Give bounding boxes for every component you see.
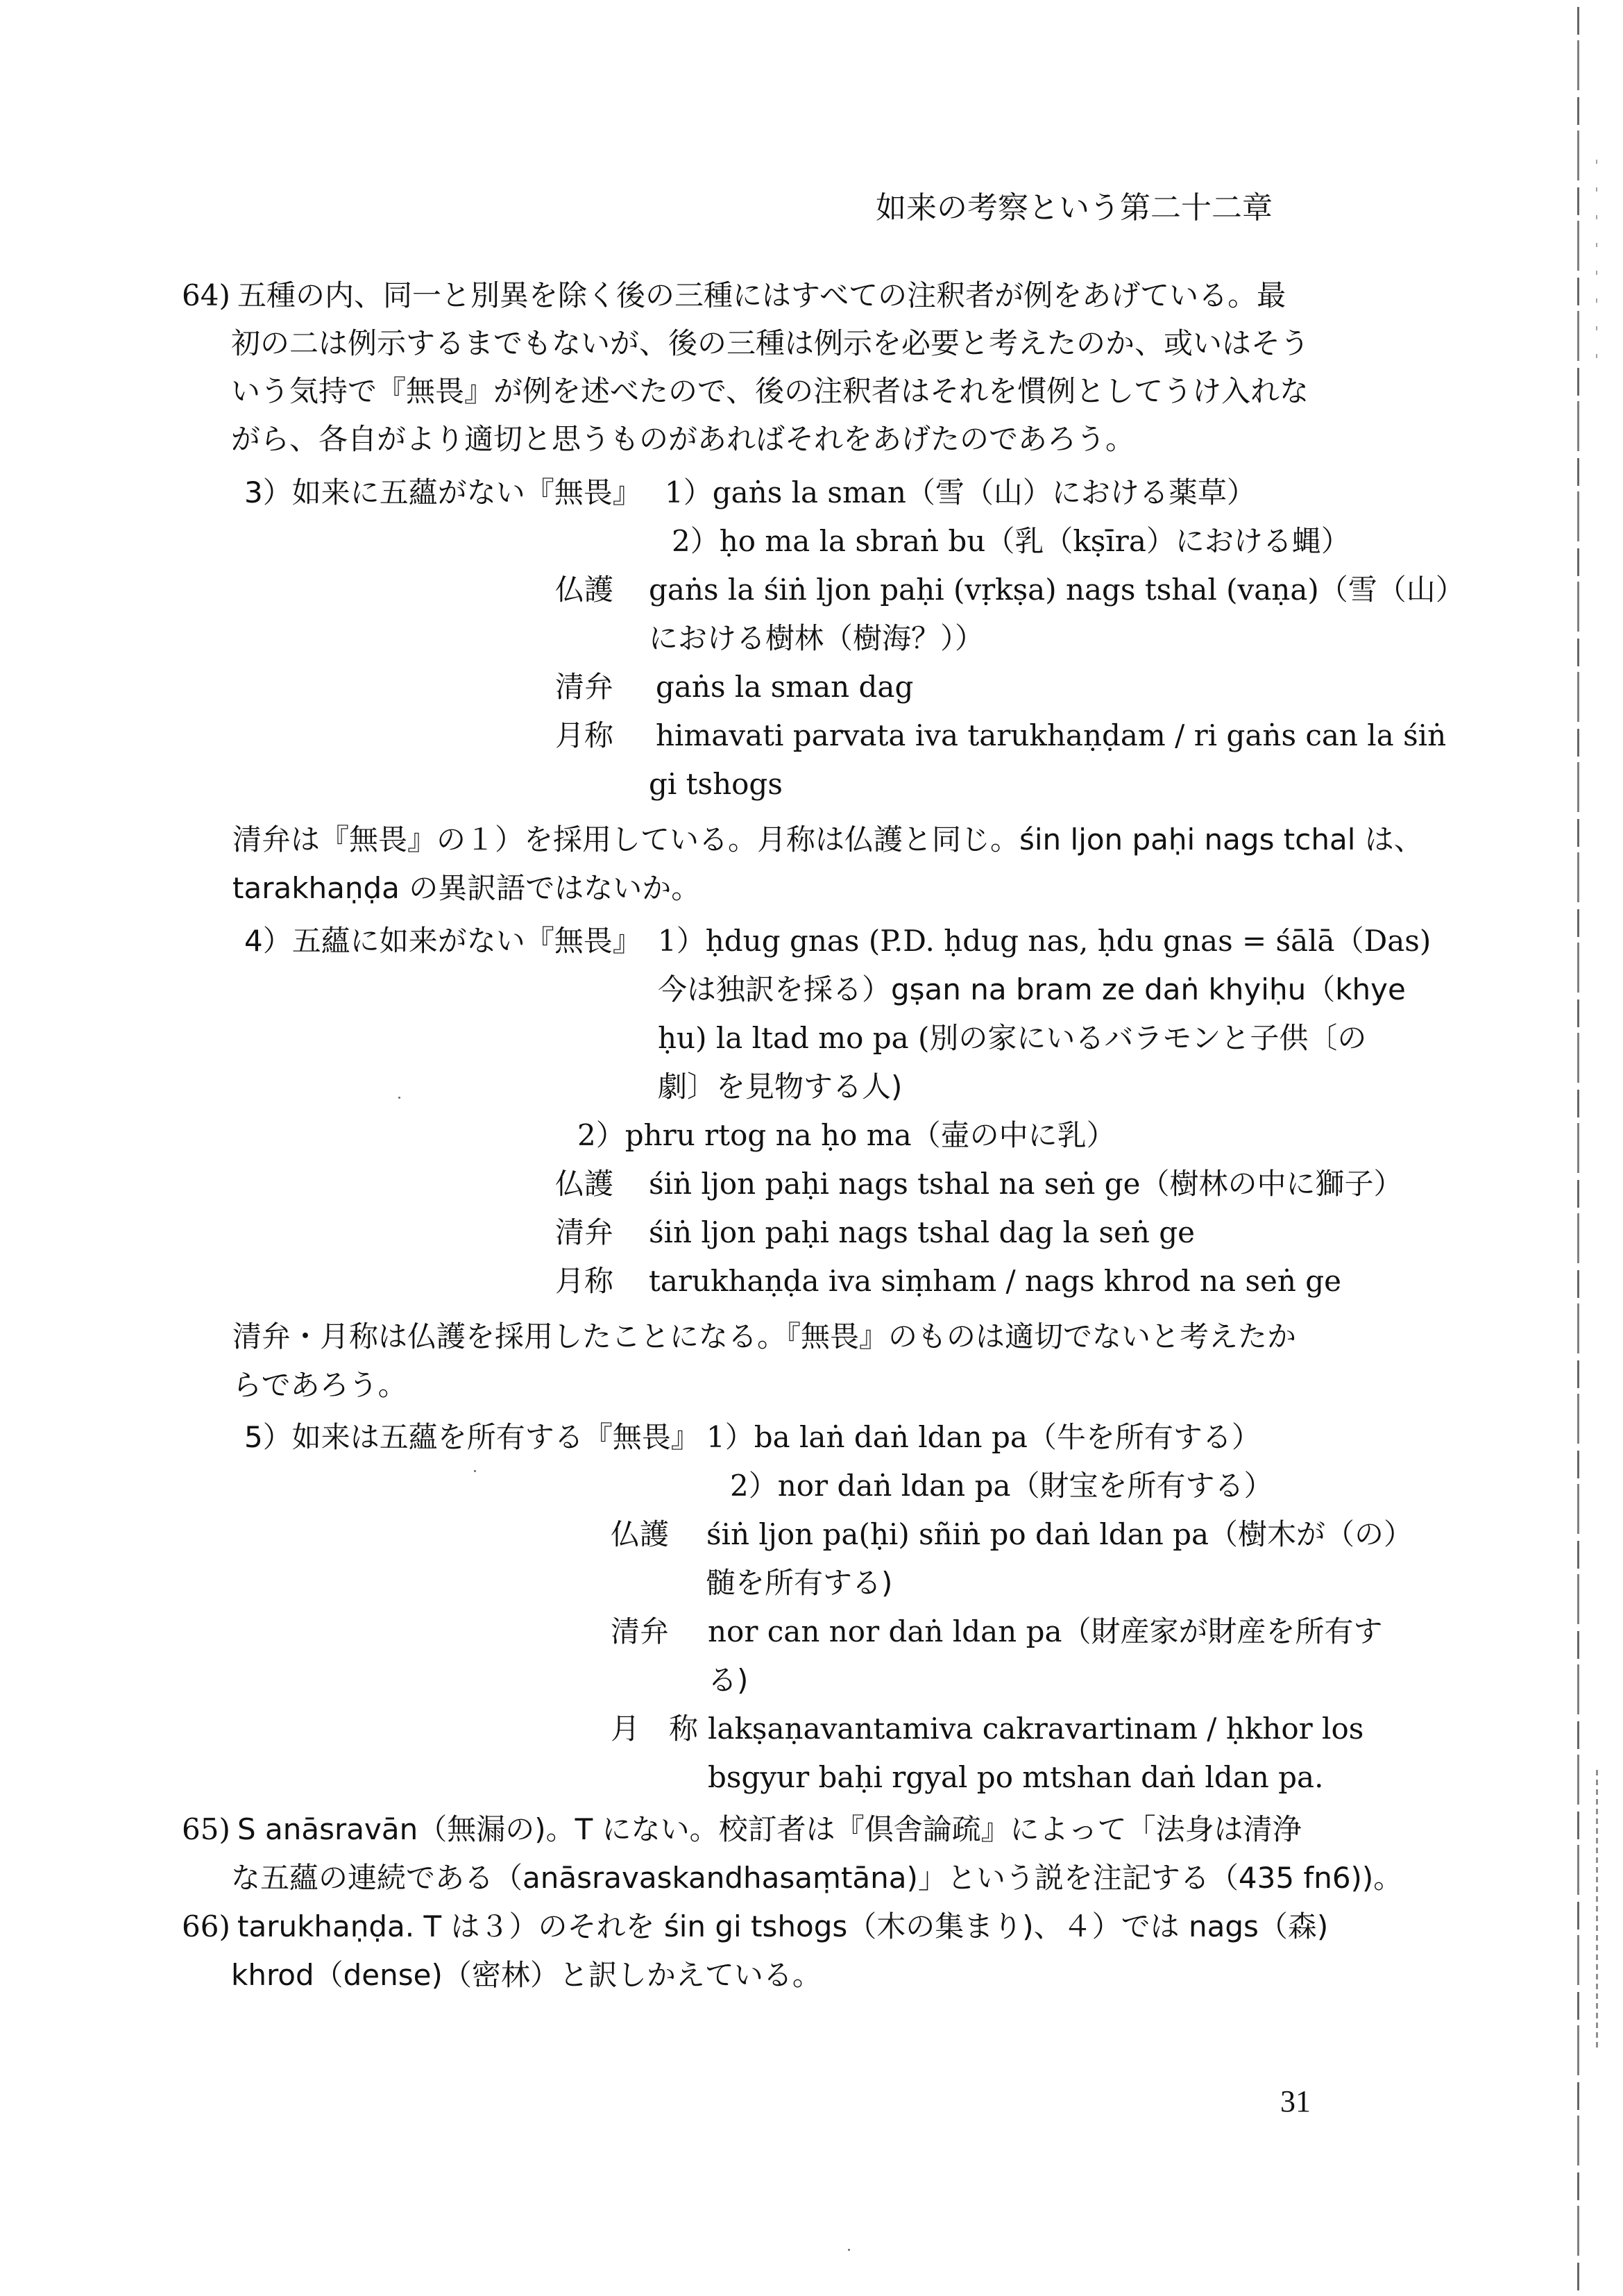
section-3-example-2: 2）ḥo ma la sbraṅ bu（乳（kṣīra）における蝿）	[672, 522, 1350, 561]
commentator-label-bhavaviveka: 清弁	[555, 668, 613, 707]
footnote-64-text-line: 五種の内、同一と別異を除く後の三種にはすべての注釈者が例をあげている。最	[237, 276, 1286, 315]
section-4-comment-line: 清弁・月称は仏護を採用したことになる。『無畏』のものは適切でないと考えたか	[232, 1317, 1296, 1356]
footnote-66-marker: 66)	[182, 1907, 230, 1946]
footnote-64-text-line: 初の二は例示するまでもないが、後の三種は例示を必要と考えたのか、或いはそう	[231, 324, 1309, 363]
scan-speck	[398, 1097, 400, 1099]
buddhapalita-text-line: gaṅs la śiṅ ljon paḥi (vṛkṣa) nags tshal…	[649, 571, 1465, 609]
buddhapalita-text-line: 髄を所有する)	[706, 1564, 892, 1603]
candrakirti-text-line: tarukhaṇḍa iva siṃham / nags khrod na se…	[649, 1262, 1341, 1301]
candrakirti-text-line: himavati parvata iva tarukhaṇḍam / ri ga…	[656, 716, 1446, 755]
buddhapalita-text-line: śiṅ ljon pa(ḥi) sñiṅ po daṅ ldan pa（樹木が（…	[706, 1515, 1413, 1554]
candrakirti-text-line: bsgyur baḥi rgyal po mtshan daṅ ldan pa.	[708, 1758, 1323, 1797]
section-4-example-2: 2）phru rtog na ḥo ma（壷の中に乳）	[577, 1116, 1116, 1155]
footnote-65-text-line: S anāsravān（無漏の)。T にない。校訂者は『倶舎論疏』によって「法身…	[237, 1810, 1302, 1849]
commentator-label-candrakirti: 月 称	[611, 1710, 698, 1748]
bhavaviveka-text-line: nor can nor daṅ ldan pa（財産家が財産を所有す	[708, 1612, 1383, 1651]
commentator-label-buddhapalita: 仏護	[555, 571, 613, 609]
section-4-example-1-line: 今は独訳を採る）gṣan na bram ze daṅ khyiḥu（khye	[658, 970, 1406, 1009]
section-3-comment-line: 清弁は『無畏』の１）を採用している。月称は仏護と同じ。śin ljon paḥi…	[232, 820, 1423, 859]
commentator-label-bhavaviveka: 清弁	[555, 1213, 613, 1252]
bhavaviveka-text-line: る)	[708, 1661, 748, 1700]
commentator-label-buddhapalita: 仏護	[555, 1165, 613, 1204]
buddhapalita-text-line: śiṅ ljon paḥi nags tshal na seṅ ge（樹林の中に…	[649, 1165, 1402, 1204]
commentator-label-buddhapalita: 仏護	[611, 1515, 669, 1554]
section-4-comment-line: らであろう。	[232, 1366, 407, 1405]
scan-edge-artifact	[1596, 160, 1597, 368]
commentator-label-candrakirti: 月称	[555, 716, 613, 755]
footnote-66-text-line: khrod（dense)（密林）と訳しかえている。	[231, 1956, 822, 1995]
bhavaviveka-text-line: gaṅs la sman dag	[656, 668, 913, 707]
buddhapalita-text-line: における樹林（樹海？））	[649, 619, 984, 658]
section-4-example-1-line: 劇〕を見物する人)	[658, 1067, 902, 1106]
section-5-example-2: 2）nor daṅ ldan pa（財宝を所有する）	[730, 1467, 1273, 1505]
section-5-example-1: 1）ba laṅ daṅ ldan pa（牛を所有する）	[706, 1418, 1261, 1457]
commentator-label-candrakirti: 月称	[555, 1262, 613, 1301]
section-4-example-1-line: ḥu) la ltad mo pa (別の家にいるバラモンと子供〔の	[658, 1019, 1366, 1058]
footnote-64-text-line: がら、各自がより適切と思うものがあればそれをあげたのであろう。	[231, 420, 1135, 459]
section-4-example-1-line: 1）ḥdug gnas (P.D. ḥdug nas, ḥdu gnas = ś…	[658, 922, 1431, 961]
scan-edge-artifact	[1596, 1770, 1598, 2048]
page-number: 31	[1280, 2082, 1311, 2121]
candrakirti-text-line: lakṣaṇavantamiva cakravartinam / ḥkhor l…	[708, 1710, 1363, 1748]
footnote-65-text-line: な五蘊の連続である（anāsravaskandhasaṃtāna)」という説を注…	[231, 1859, 1402, 1898]
footnote-64-marker: 64)	[182, 276, 230, 315]
commentator-label-bhavaviveka: 清弁	[611, 1612, 669, 1651]
section-4-heading: 4）五蘊に如来がない『無畏』	[244, 922, 642, 961]
candrakirti-text-line: gi tshogs	[649, 765, 783, 804]
scan-edge-artifact	[1577, 7, 1579, 2296]
scan-speck	[848, 2249, 850, 2251]
running-header: 如来の考察という第二十二章	[876, 189, 1273, 228]
footnote-64-text-line: いう気持で『無畏』が例を述べたので、後の注釈者はそれを慣例としてうけ入れな	[231, 372, 1309, 411]
section-3-heading: 3）如来に五蘊がない『無畏』	[244, 473, 642, 512]
document-page: 如来の考察という第二十二章 64) 五種の内、同一と別異を除く後の三種にはすべて…	[0, 0, 1623, 2296]
bhavaviveka-text-line: śiṅ ljon paḥi nags tshal dag la seṅ ge	[649, 1213, 1195, 1252]
section-5-heading: 5）如来は五蘊を所有する『無畏』	[244, 1418, 700, 1457]
footnote-66-text-line: tarukhaṇḍa. T は３）のそれを śin gi tshogs（木の集ま…	[237, 1907, 1328, 1946]
scan-speck	[474, 1470, 476, 1472]
section-3-comment-line: tarakhaṇḍa の異訳語ではないか。	[232, 869, 700, 908]
section-3-example-1: 1）gaṅs la sman（雪（山）における薬草）	[665, 473, 1256, 512]
footnote-65-marker: 65)	[182, 1810, 230, 1849]
